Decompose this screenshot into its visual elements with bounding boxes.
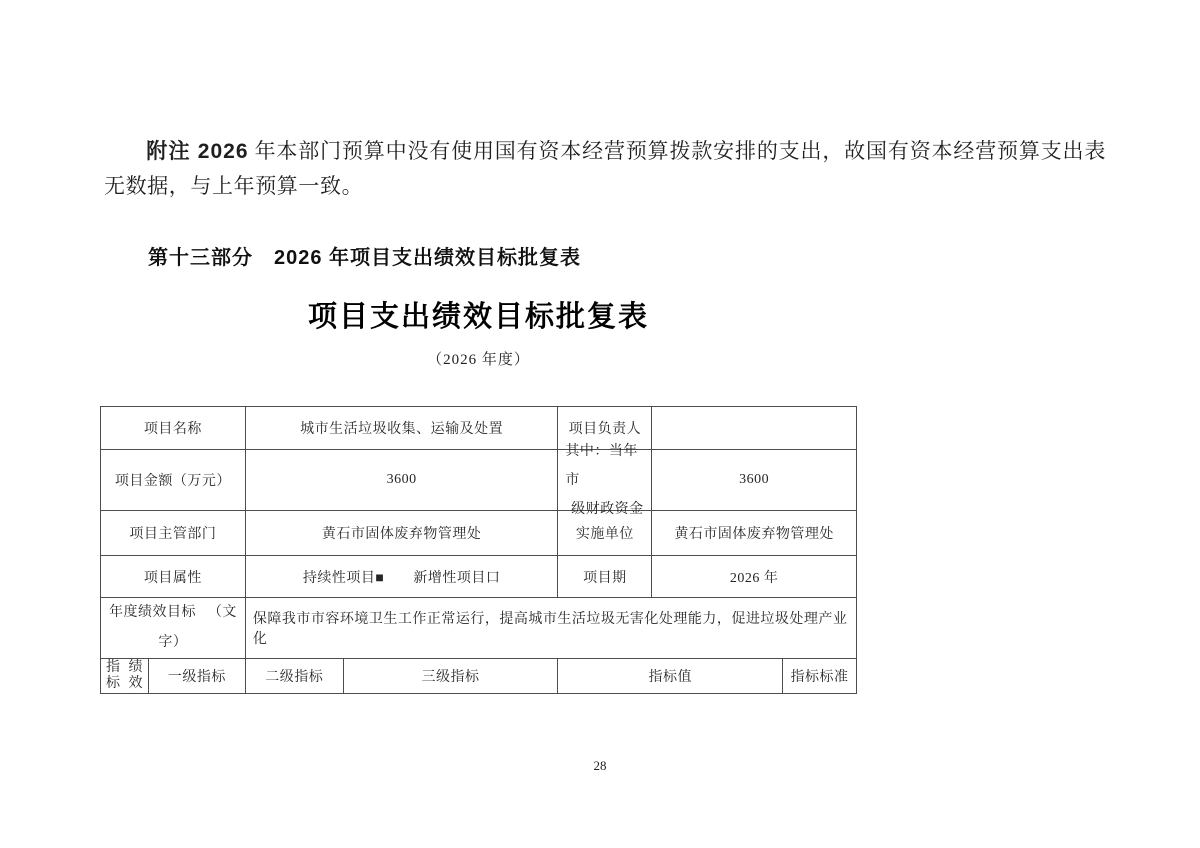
indicator-corner-tl: 指 — [106, 660, 121, 676]
implementing-unit-label: 实施单位 — [558, 511, 652, 556]
indicator-corner-bl: 标 — [106, 676, 121, 692]
project-leader-value — [652, 407, 857, 450]
project-period-label: 项目期 — [558, 556, 652, 598]
project-amount-label: 项目金额（万元） — [101, 450, 246, 511]
note-bold-prefix: 附注 2026 — [146, 140, 249, 163]
indicator-corner-cell: 指 绩 标 效 — [101, 659, 149, 694]
implementing-unit-value: 黄石市固体废弃物管理处 — [652, 511, 857, 556]
doc-subtitle: （2026 年度） — [100, 348, 857, 369]
city-funds-label-line1: 其中：当年市 — [565, 437, 649, 495]
indicator-standard-header: 指标标准 — [783, 659, 857, 694]
supervisor-dept-value: 黄石市固体废弃物管理处 — [246, 511, 559, 556]
annual-goal-label-line2: 字） — [158, 628, 187, 658]
table-row-indicator-header: 指 绩 标 效 一级指标 二级指标 三级指标 指标值 指标标准 — [101, 659, 857, 694]
document-page: 附注 2026 年本部门预算中没有使用国有资本经营预算拨款安排的支出，故国有资本… — [0, 0, 1200, 848]
table-row-annual-goal: 年度绩效目标 （文 字） 保障我市市容环境卫生工作正常运行，提高城市生活垃圾无害… — [101, 598, 857, 659]
project-name-label: 项目名称 — [101, 407, 246, 450]
page-number: 28 — [0, 758, 1200, 774]
annual-goal-label-line1: 年度绩效目标 （文 — [109, 598, 237, 628]
indicator-corner-tr: 绩 — [128, 660, 143, 676]
project-attribute-value: 持续性项目■ 新增性项目口 — [246, 556, 559, 598]
supervisor-dept-label: 项目主管部门 — [101, 511, 246, 556]
city-funds-label: 其中：当年市 级财政资金 — [558, 450, 652, 511]
indicator-corner-br: 效 — [128, 676, 143, 692]
project-amount-value: 3600 — [246, 450, 559, 511]
level3-indicator-header: 三级指标 — [344, 659, 559, 694]
city-funds-value: 3600 — [652, 450, 857, 511]
project-name-value: 城市生活垃圾收集、运输及处置 — [246, 407, 559, 450]
table-row-attribute: 项目属性 持续性项目■ 新增性项目口 项目期 2026 年 — [101, 556, 857, 598]
project-attribute-label: 项目属性 — [101, 556, 246, 598]
annual-goal-label-line1-left: 年度绩效目标 — [109, 598, 196, 628]
section-heading: 第十三部分 2026 年项目支出绩效目标批复表 — [148, 241, 581, 270]
note-body-text: 年本部门预算中没有使用国有资本经营预算拨款安排的支出，故国有资本经营预算支出表无… — [104, 139, 1106, 198]
table-row-supervisor: 项目主管部门 黄石市固体废弃物管理处 实施单位 黄石市固体废弃物管理处 — [101, 511, 857, 556]
indicator-corner-line1: 指 绩 — [106, 660, 143, 676]
project-period-value: 2026 年 — [652, 556, 857, 598]
doc-title: 项目支出绩效目标批复表 — [100, 294, 857, 335]
indicator-corner-line2: 标 效 — [106, 676, 143, 692]
level2-indicator-header: 二级指标 — [246, 659, 344, 694]
annual-goal-text: 保障我市市容环境卫生工作正常运行，提高城市生活垃圾无害化处理能力，促进垃圾处理产… — [246, 598, 857, 659]
table-row-project-amount: 项目金额（万元） 3600 其中：当年市 级财政资金 3600 — [101, 450, 857, 511]
annual-goal-label: 年度绩效目标 （文 字） — [101, 598, 246, 659]
indicator-value-header: 指标值 — [558, 659, 783, 694]
note-paragraph: 附注 2026 年本部门预算中没有使用国有资本经营预算拨款安排的支出，故国有资本… — [104, 134, 1106, 204]
table-row-project-name: 项目名称 城市生活垃圾收集、运输及处置 项目负责人 — [101, 407, 857, 450]
performance-target-table: 项目名称 城市生活垃圾收集、运输及处置 项目负责人 项目金额（万元） 3600 … — [100, 406, 857, 694]
level1-indicator-header: 一级指标 — [149, 659, 246, 694]
annual-goal-label-line1-right: （文 — [208, 598, 237, 628]
